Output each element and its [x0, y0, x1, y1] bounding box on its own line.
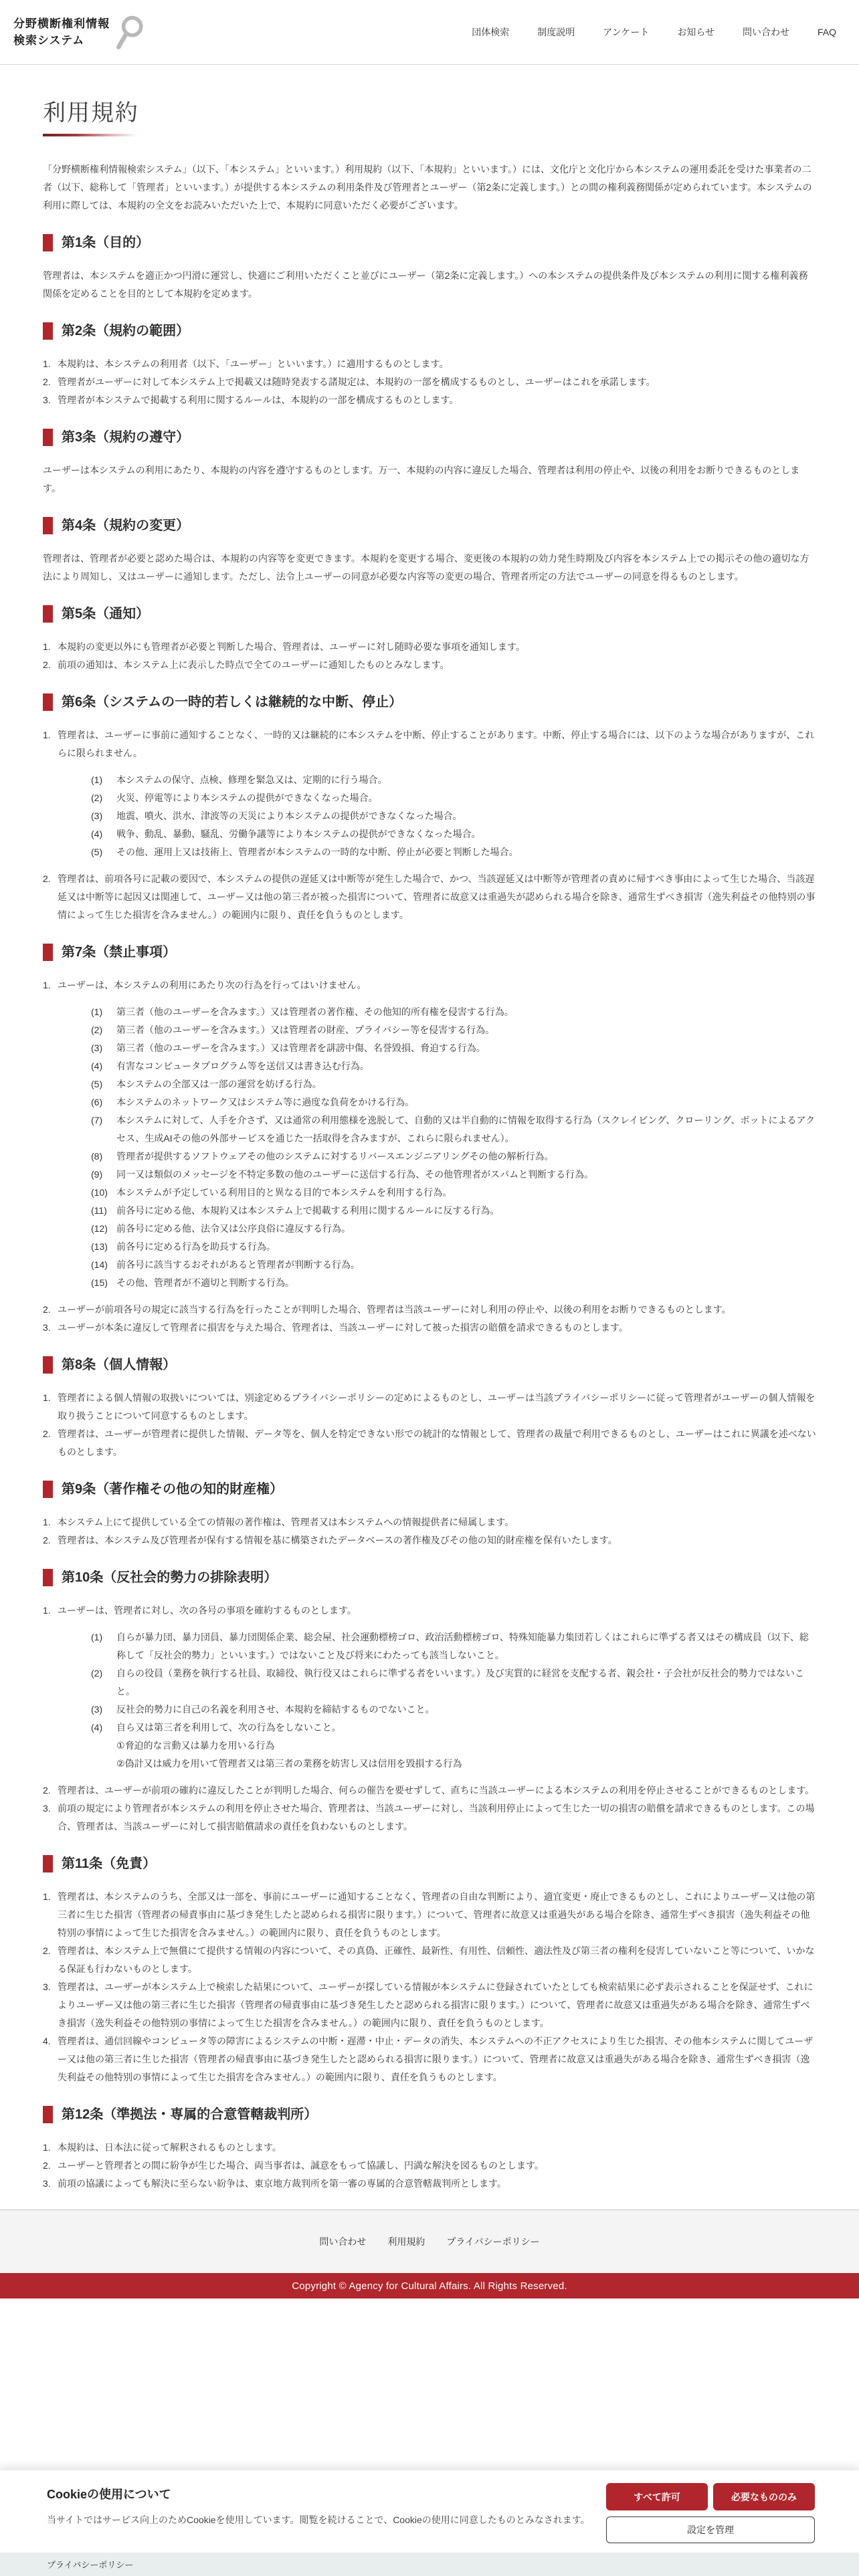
sub-item-text: 反社会的勢力に自己の名義を利用させ、本規約を締結するものでないこと。: [116, 1701, 816, 1719]
section-heading: 第1条（目的）: [43, 233, 816, 252]
list-item-number: 2.: [43, 656, 58, 674]
section-bullet-icon: [43, 234, 53, 251]
sub-list-item: (10)本システムが予定している利用目的と異なる目的で本システムを利用する行為。: [91, 1184, 816, 1202]
sub-list-item: (8)管理者が提供するソフトウェアその他のシステムに対するリバースエンジニアリン…: [91, 1148, 816, 1166]
list-item-number: 1.: [43, 355, 58, 373]
sub-item-text: 自らが暴力団、暴力団員、暴力団関係企業、総会屋、社会運動標榜ゴロ、政治活動標榜ゴ…: [116, 1628, 816, 1665]
site-logo[interactable]: 分野横断権利情報 検索システム: [13, 10, 149, 55]
list-item-text: 管理者は、本システム上で無償にて提供する情報の内容について、その真偽、正確性、最…: [58, 1942, 816, 1978]
terms-section: 第4条（規約の変更）管理者は、管理者が必要と認めた場合は、本規約の内容等を変更で…: [43, 516, 816, 586]
section-list: 1.ユーザーは、管理者に対し、次の各号の事項を確約するものとします。(1)自らが…: [43, 1602, 816, 1836]
list-item-number: 2.: [43, 1782, 58, 1800]
sub-list-item: (12)前各号に定める他、法令又は公序良俗に違反する行為。: [91, 1220, 816, 1238]
list-item: 2.ユーザーと管理者との間に紛争が生じた場合、両当事者は、誠意をもって協議し、円…: [43, 2157, 816, 2175]
site-logo-text: 分野横断権利情報 検索システム: [13, 15, 110, 49]
list-item-body: 管理者は、ユーザーが本システム上で検索した結果について、ユーザーが探している情報…: [58, 1978, 816, 2032]
footer: 問い合わせ利用規約プライバシーポリシー Copyright © Agency f…: [0, 2210, 859, 2298]
list-item: 2.ユーザーが前項各号の規定に該当する行為を行ったことが判明した場合、管理者は当…: [43, 1301, 816, 1319]
list-item-body: 本規約の変更以外にも管理者が必要と判断した場合、管理者は、ユーザーに対し随時必要…: [58, 638, 816, 656]
section-title: 第3条（規約の遵守）: [62, 428, 189, 447]
page: 分野横断権利情報 検索システム 団体検索制度説明アンケートお知らせ問い合わせFA…: [0, 0, 859, 2576]
list-item-text: 管理者は、ユーザーが本システム上で検索した結果について、ユーザーが探している情報…: [58, 1978, 816, 2032]
sub-list-item: (2)自らの役員（業務を執行する社員、取締役、執行役又はこれらに準ずる者をいいま…: [91, 1665, 816, 1701]
sub-item-body: 本システムのネットワーク又はシステム等に過度な負荷をかける行為。: [116, 1093, 816, 1111]
sub-item-text: 第三者（他のユーザーを含みます。）又は管理者の著作権、その他知的所有権を侵害する…: [116, 1003, 816, 1021]
list-item-text: ユーザーが前項各号の規定に該当する行為を行ったことが判明した場合、管理者は当該ユ…: [58, 1301, 816, 1319]
section-list: 1.本規約の変更以外にも管理者が必要と判断した場合、管理者は、ユーザーに対し随時…: [43, 638, 816, 674]
header-nav-item[interactable]: 団体検索: [472, 25, 509, 39]
list-item-text: ユーザーは、管理者に対し、次の各号の事項を確約するものとします。: [58, 1602, 816, 1620]
list-item-text: 管理者は、ユーザーに事前に通知することなく、一時的又は継続的に本システムを中断、…: [58, 726, 816, 762]
sub-item-marker: (14): [91, 1256, 116, 1274]
sub-sub-item-text: ①脅迫的な言動又は暴力を用いる行為: [116, 1737, 816, 1755]
sub-sub-item-text: ②偽計又は威力を用いて管理者又は第三者の業務を妨害し又は信用を毀損する行為: [116, 1755, 816, 1773]
list-item: 3.前項の協議によっても解決に至らない紛争は、東京地方裁判所を第一審の専属的合意…: [43, 2175, 816, 2193]
footer-links: 問い合わせ利用規約プライバシーポリシー: [0, 2210, 859, 2273]
list-item-text: 管理者は、ユーザーが前項の確約に違反したことが判明した場合、何らの催告を要せずし…: [58, 1782, 816, 1800]
sub-item-body: その他、管理者が不適切と判断する行為。: [116, 1274, 816, 1292]
sub-item-text: 前各号に定める他、法令又は公序良俗に違反する行為。: [116, 1220, 816, 1238]
sub-item-text: 前各号に定める行為を助長する行為。: [116, 1238, 816, 1256]
sub-item-text: 地震、噴火、洪水、津波等の天災により本システムの提供ができなくなった場合。: [116, 807, 816, 825]
list-item-number: 3.: [43, 2175, 58, 2193]
section-bullet-icon: [43, 517, 53, 534]
sub-item-marker: (11): [91, 1202, 116, 1220]
sub-list: (1)本システムの保守、点検、修理を緊急又は、定期的に行う場合。(2)火災、停電…: [91, 771, 816, 861]
header-nav-item[interactable]: 問い合わせ: [743, 25, 789, 39]
sub-item-marker: (10): [91, 1184, 116, 1202]
sub-item-text: 本システムの全部又は一部の運営を妨げる行為。: [116, 1075, 816, 1093]
sub-list-item: (13)前各号に定める行為を助長する行為。: [91, 1238, 816, 1256]
copyright-text: Copyright © Agency for Cultural Affairs.…: [292, 2280, 567, 2292]
main-content: 利用規約 「分野横断権利情報検索システム」（以下、「本システム」といいます。）利…: [0, 65, 859, 2291]
list-item-number: 1.: [43, 638, 58, 656]
sub-list-item: (4)戦争、動乱、暴動、騒乱、労働争議等により本システムの提供ができなくなった場…: [91, 825, 816, 843]
list-item-body: ユーザーと管理者との間に紛争が生じた場合、両当事者は、誠意をもって協議し、円満な…: [58, 2157, 816, 2175]
sub-item-marker: (1): [91, 1628, 116, 1665]
terms-sections: 第1条（目的）管理者は、本システムを適正かつ円滑に運営し、快適にご利用いただくこ…: [43, 233, 816, 2193]
section-list: 1.本システム上にて提供している全ての情報の著作権は、管理者又は本システムへの情…: [43, 1513, 816, 1549]
sub-item-marker: (1): [91, 1003, 116, 1021]
list-item: 1.本システム上にて提供している全ての情報の著作権は、管理者又は本システムへの情…: [43, 1513, 816, 1531]
sub-item-body: 第三者（他のユーザーを含みます。）又は管理者を誹謗中傷、名誉毀損、脅迫する行為。: [116, 1039, 816, 1057]
sub-list-item: (5)本システムの全部又は一部の運営を妨げる行為。: [91, 1075, 816, 1093]
list-item-number: 1.: [43, 1602, 58, 1782]
section-paragraph: ユーザーは本システムの利用にあたり、本規約の内容を遵守するものとします。万一、本…: [43, 461, 816, 498]
terms-section: 第7条（禁止事項）1.ユーザーは、本システムの利用にあたり次の行為を行ってはいけ…: [43, 943, 816, 1337]
section-bullet-icon: [43, 693, 53, 711]
list-item-text: ユーザーは、本システムの利用にあたり次の行為を行ってはいけません。: [58, 976, 816, 994]
terms-section: 第6条（システムの一時的若しくは継続的な中断、停止）1.管理者は、ユーザーに事前…: [43, 693, 816, 924]
sub-item-body: 第三者（他のユーザーを含みます。）又は管理者の財産、プライバシー等を侵害する行為…: [116, 1021, 816, 1039]
list-item: 2.管理者がユーザーに対して本システム上で掲載又は随時発表する諸規定は、本規約の…: [43, 373, 816, 391]
sub-list-item: (2)火災、停電等により本システムの提供ができなくなった場合。: [91, 789, 816, 807]
section-heading: 第4条（規約の変更）: [43, 516, 816, 535]
sub-list-item: (2)第三者（他のユーザーを含みます。）又は管理者の財産、プライバシー等を侵害す…: [91, 1021, 816, 1039]
list-item: 3.管理者は、ユーザーが本システム上で検索した結果について、ユーザーが探している…: [43, 1978, 816, 2032]
sub-item-text: 前各号に定める他、本規約又は本システム上で掲載する利用に関するルールに反する行為…: [116, 1202, 816, 1220]
list-item-body: ユーザーは、管理者に対し、次の各号の事項を確約するものとします。(1)自らが暴力…: [58, 1602, 816, 1782]
list-item-number: 3.: [43, 1978, 58, 2032]
section-bullet-icon: [43, 1855, 53, 1872]
list-item-body: ユーザーが前項各号の規定に該当する行為を行ったことが判明した場合、管理者は当該ユ…: [58, 1301, 816, 1319]
section-heading: 第2条（規約の範囲）: [43, 322, 816, 340]
sub-item-body: 管理者が提供するソフトウェアその他のシステムに対するリバースエンジニアリングその…: [116, 1148, 816, 1166]
list-item-body: 前項の協議によっても解決に至らない紛争は、東京地方裁判所を第一審の専属的合意管轄…: [58, 2175, 816, 2193]
terms-section: 第2条（規約の範囲）1.本規約は、本システムの利用者（以下、「ユーザー」といいま…: [43, 322, 816, 409]
section-bullet-icon: [43, 1569, 53, 1586]
sub-list-item: (9)同一又は類似のメッセージを不特定多数の他のユーザーに送信する行為、その他管…: [91, 1166, 816, 1184]
list-item-text: 前項の協議によっても解決に至らない紛争は、東京地方裁判所を第一審の専属的合意管轄…: [58, 2175, 816, 2193]
sub-list-item: (4)有害なコンピュータプログラム等を送信又は書き込む行為。: [91, 1057, 816, 1075]
section-bullet-icon: [43, 429, 53, 446]
terms-section: 第1条（目的）管理者は、本システムを適正かつ円滑に運営し、快適にご利用いただくこ…: [43, 233, 816, 303]
section-title: 第6条（システムの一時的若しくは継続的な中断、停止）: [62, 693, 402, 712]
list-item: 1.管理者による個人情報の取扱いについては、別途定めるプライバシーポリシーの定め…: [43, 1389, 816, 1425]
copyright-bar: Copyright © Agency for Cultural Affairs.…: [0, 2273, 859, 2298]
list-item-text: ユーザーが本条に違反して管理者に損害を与えた場合、管理者は、当該ユーザーに対して…: [58, 1319, 816, 1337]
sub-item-body: 本システムに対して、人手を介さず、又は通常の利用態様を逸脱して、自動的又は半自動…: [116, 1111, 816, 1148]
sub-item-body: 同一又は類似のメッセージを不特定多数の他のユーザーに送信する行為、その他管理者が…: [116, 1166, 816, 1184]
section-bullet-icon: [43, 944, 53, 961]
sub-item-text: その他、管理者が不適切と判断する行為。: [116, 1274, 816, 1292]
sub-item-text: 本システムのネットワーク又はシステム等に過度な負荷をかける行為。: [116, 1093, 816, 1111]
magnifier-icon: [111, 14, 149, 55]
sub-item-marker: (1): [91, 771, 116, 789]
list-item-number: 2.: [43, 2157, 58, 2175]
section-title: 第1条（目的）: [62, 233, 149, 252]
list-item-body: 管理者は、ユーザーが前項の確約に違反したことが判明した場合、何らの催告を要せずし…: [58, 1782, 816, 1800]
section-title: 第7条（禁止事項）: [62, 943, 176, 962]
sub-item-marker: (4): [91, 1057, 116, 1075]
sub-item-marker: (5): [91, 843, 116, 861]
section-paragraph: 管理者は、本システムを適正かつ円滑に運営し、快適にご利用いただくこと並びにユーザ…: [43, 267, 816, 303]
sub-item-body: 本システムの保守、点検、修理を緊急又は、定期的に行う場合。: [116, 771, 816, 789]
list-item-body: 管理者は、本システム及び管理者が保有する情報を基に構築されたデータベースの著作権…: [58, 1531, 816, 1549]
sub-item-marker: (5): [91, 1075, 116, 1093]
section-title: 第9条（著作権その他の知的財産権）: [62, 1480, 283, 1499]
list-item: 3.前項の規定により管理者が本システムの利用を停止させた場合、管理者は、当該ユー…: [43, 1800, 816, 1836]
header-nav-item[interactable]: FAQ: [818, 27, 836, 37]
sub-list-item: (5)その他、運用上又は技術上、管理者が本システムの一時的な中断、停止が必要と判…: [91, 843, 816, 861]
sub-list-item: (15)その他、管理者が不適切と判断する行為。: [91, 1274, 816, 1292]
section-title: 第10条（反社会的勢力の排除表明）: [62, 1568, 277, 1587]
list-item-body: 前項の通知は、本システム上に表示した時点で全てのユーザーに通知したものとみなしま…: [58, 656, 816, 674]
page-title: 利用規約: [43, 94, 816, 127]
sub-item-marker: (4): [91, 825, 116, 843]
sub-item-body: 本システムの全部又は一部の運営を妨げる行為。: [116, 1075, 816, 1093]
section-heading: 第6条（システムの一時的若しくは継続的な中断、停止）: [43, 693, 816, 712]
sub-item-body: 有害なコンピュータプログラム等を送信又は書き込む行為。: [116, 1057, 816, 1075]
list-item-body: 管理者は、ユーザーが管理者に提供した情報、データ等を、個人を特定できない形での統…: [58, 1425, 816, 1461]
sub-item-marker: (4): [91, 1719, 116, 1773]
list-item-number: 2.: [43, 1942, 58, 1978]
header-nav: 団体検索制度説明アンケートお知らせ問い合わせFAQ: [472, 25, 836, 39]
section-heading: 第11条（免責）: [43, 1854, 816, 1873]
list-item-number: 3.: [43, 391, 58, 409]
sub-list-item: (11)前各号に定める他、本規約又は本システム上で掲載する利用に関するルールに反…: [91, 1202, 816, 1220]
list-item-body: 管理者は、本システム上で無償にて提供する情報の内容について、その真偽、正確性、最…: [58, 1942, 816, 1978]
section-bullet-icon: [43, 1356, 53, 1374]
list-item-text: ユーザーと管理者との間に紛争が生じた場合、両当事者は、誠意をもって協議し、円満な…: [58, 2157, 816, 2175]
sub-item-body: 地震、噴火、洪水、津波等の天災により本システムの提供ができなくなった場合。: [116, 807, 816, 825]
section-bullet-icon: [43, 2106, 53, 2123]
section-list: 1.管理者は、ユーザーに事前に通知することなく、一時的又は継続的に本システムを中…: [43, 726, 816, 924]
sub-item-text: 火災、停電等により本システムの提供ができなくなった場合。: [116, 789, 816, 807]
list-item-body: ユーザーは、本システムの利用にあたり次の行為を行ってはいけません。(1)第三者（…: [58, 976, 816, 1301]
list-item-text: 管理者は、ユーザーが管理者に提供した情報、データ等を、個人を特定できない形での統…: [58, 1425, 816, 1461]
sub-item-text: 第三者（他のユーザーを含みます。）又は管理者を誹謗中傷、名誉毀損、脅迫する行為。: [116, 1039, 816, 1057]
list-item: 3.管理者が本システムで掲載する利用に関するルールは、本規約の一部を構成するもの…: [43, 391, 816, 409]
list-item-body: 管理者は、ユーザーに事前に通知することなく、一時的又は継続的に本システムを中断、…: [58, 726, 816, 870]
sub-item-marker: (3): [91, 1701, 116, 1719]
cookie-banner-title: Cookieの使用について: [47, 2485, 590, 2502]
list-item-text: 本規約の変更以外にも管理者が必要と判断した場合、管理者は、ユーザーに対し随時必要…: [58, 638, 816, 656]
section-title: 第4条（規約の変更）: [62, 516, 189, 535]
section-heading: 第8条（個人情報）: [43, 1356, 816, 1374]
list-item-text: 管理者がユーザーに対して本システム上で掲載又は随時発表する諸規定は、本規約の一部…: [58, 373, 816, 391]
list-item-text: 前項の規定により管理者が本システムの利用を停止させた場合、管理者は、当該ユーザー…: [58, 1800, 816, 1836]
list-item: 2.管理者は、本システム上で無償にて提供する情報の内容について、その真偽、正確性…: [43, 1942, 816, 1978]
sub-item-marker: (2): [91, 1021, 116, 1039]
list-item-number: 2.: [43, 1531, 58, 1549]
sub-list-item: (7)本システムに対して、人手を介さず、又は通常の利用態様を逸脱して、自動的又は…: [91, 1111, 816, 1148]
terms-section: 第5条（通知）1.本規約の変更以外にも管理者が必要と判断した場合、管理者は、ユー…: [43, 605, 816, 674]
terms-section: 第8条（個人情報）1.管理者による個人情報の取扱いについては、別途定めるプライバ…: [43, 1356, 816, 1461]
list-item-number: 2.: [43, 870, 58, 924]
section-heading: 第5条（通知）: [43, 605, 816, 623]
header-nav-item[interactable]: 制度説明: [537, 25, 575, 39]
list-item-text: 本規約は、日本法に従って解釈されるものとします。: [58, 2139, 816, 2157]
list-item-number: 1.: [43, 1389, 58, 1425]
list-item: 2.管理者は、前項各号に記載の要因で、本システムの提供の遅延又は中断等が発生した…: [43, 870, 816, 924]
cookie-banner-buttons: すべて許可 必要なもののみ 設定を管理: [606, 2470, 815, 2553]
section-heading: 第10条（反社会的勢力の排除表明）: [43, 1568, 816, 1587]
sub-item-text: 本システムの保守、点検、修理を緊急又は、定期的に行う場合。: [116, 771, 816, 789]
list-item-body: 本システム上にて提供している全ての情報の著作権は、管理者又は本システムへの情報提…: [58, 1513, 816, 1531]
sub-item-text: 管理者が提供するソフトウェアその他のシステムに対するリバースエンジニアリングその…: [116, 1148, 816, 1166]
list-item-body: 管理者がユーザーに対して本システム上で掲載又は随時発表する諸規定は、本規約の一部…: [58, 373, 816, 391]
sub-list-item: (3)反社会的勢力に自己の名義を利用させ、本規約を締結するものでないこと。: [91, 1701, 816, 1719]
sub-item-body: 戦争、動乱、暴動、騒乱、労働争議等により本システムの提供ができなくなった場合。: [116, 825, 816, 843]
sub-item-body: 前各号に該当するおそれがあると管理者が判断する行為。: [116, 1256, 816, 1274]
list-item-number: 2.: [43, 1301, 58, 1319]
section-list: 1.ユーザーは、本システムの利用にあたり次の行為を行ってはいけません。(1)第三…: [43, 976, 816, 1337]
sub-list-item: (3)地震、噴火、洪水、津波等の天災により本システムの提供ができなくなった場合。: [91, 807, 816, 825]
header-nav-item[interactable]: アンケート: [603, 25, 649, 39]
sub-item-text: 本システムが予定している利用目的と異なる目的で本システムを利用する行為。: [116, 1184, 816, 1202]
list-item-number: 1.: [43, 1513, 58, 1531]
sub-item-marker: (3): [91, 807, 116, 825]
sub-item-body: その他、運用上又は技術上、管理者が本システムの一時的な中断、停止が必要と判断した…: [116, 843, 816, 861]
list-item-body: 本規約は、本システムの利用者（以下、「ユーザー」といいます。）に適用するものとし…: [58, 355, 816, 373]
list-item: 1.本規約の変更以外にも管理者が必要と判断した場合、管理者は、ユーザーに対し随時…: [43, 638, 816, 656]
allow-all-cookies-button[interactable]: すべて許可: [606, 2483, 708, 2510]
cookie-banner: Cookieの使用について 当サイトではサービス向上のためCookieを使用して…: [0, 2470, 859, 2553]
list-item: 1.管理者は、ユーザーに事前に通知することなく、一時的又は継続的に本システムを中…: [43, 726, 816, 870]
list-item-number: 2.: [43, 373, 58, 391]
list-item: 1.ユーザーは、管理者に対し、次の各号の事項を確約するものとします。(1)自らが…: [43, 1602, 816, 1782]
sub-item-body: 第三者（他のユーザーを含みます。）又は管理者の著作権、その他知的所有権を侵害する…: [116, 1003, 816, 1021]
list-item-text: 管理者は、通信回線やコンピュータ等の障害によるシステムの中断・遅滞・中止・データ…: [58, 2032, 816, 2086]
sub-item-text: 第三者（他のユーザーを含みます。）又は管理者の財産、プライバシー等を侵害する行為…: [116, 1021, 816, 1039]
sub-item-text: 本システムに対して、人手を介さず、又は通常の利用態様を逸脱して、自動的又は半自動…: [116, 1111, 816, 1148]
sub-item-text: 前各号に該当するおそれがあると管理者が判断する行為。: [116, 1256, 816, 1274]
terms-section: 第3条（規約の遵守）ユーザーは本システムの利用にあたり、本規約の内容を遵守するも…: [43, 428, 816, 498]
list-item: 4.管理者は、通信回線やコンピュータ等の障害によるシステムの中断・遅滞・中止・デ…: [43, 2032, 816, 2086]
footer-link[interactable]: 問い合わせ: [319, 2235, 366, 2248]
sub-list: (1)第三者（他のユーザーを含みます。）又は管理者の著作権、その他知的所有権を侵…: [91, 1003, 816, 1292]
list-item: 1.本規約は、日本法に従って解釈されるものとします。: [43, 2139, 816, 2157]
section-bullet-icon: [43, 1481, 53, 1498]
sub-item-marker: (6): [91, 1093, 116, 1111]
list-item-body: 管理者は、通信回線やコンピュータ等の障害によるシステムの中断・遅滞・中止・データ…: [58, 2032, 816, 2086]
sub-item-body: 前各号に定める他、法令又は公序良俗に違反する行為。: [116, 1220, 816, 1238]
list-item-number: 2.: [43, 1425, 58, 1461]
footer-link[interactable]: 利用規約: [387, 2235, 425, 2248]
section-list: 1.本規約は、本システムの利用者（以下、「ユーザー」といいます。）に適用するもの…: [43, 355, 816, 409]
list-item-body: 管理者による個人情報の取扱いについては、別途定めるプライバシーポリシーの定めによ…: [58, 1389, 816, 1425]
site-logo-line2: 検索システム: [13, 34, 84, 47]
list-item-text: 管理者は、本システム及び管理者が保有する情報を基に構築されたデータベースの著作権…: [58, 1531, 816, 1549]
sub-item-body: 本システムが予定している利用目的と異なる目的で本システムを利用する行為。: [116, 1184, 816, 1202]
sub-item-text: 自らの役員（業務を執行する社員、取締役、執行役又はこれらに準ずる者をいいます。）…: [116, 1665, 816, 1701]
terms-section: 第11条（免責）1.管理者は、本システムのうち、全部又は一部を、事前にユーザーに…: [43, 1854, 816, 2086]
section-title: 第2条（規約の範囲）: [62, 322, 189, 340]
sub-item-marker: (7): [91, 1111, 116, 1148]
section-heading: 第3条（規約の遵守）: [43, 428, 816, 447]
sub-list-item: (3)第三者（他のユーザーを含みます。）又は管理者を誹謗中傷、名誉毀損、脅迫する…: [91, 1039, 816, 1057]
sub-list-item: (6)本システムのネットワーク又はシステム等に過度な負荷をかける行為。: [91, 1093, 816, 1111]
list-item-text: 管理者による個人情報の取扱いについては、別途定めるプライバシーポリシーの定めによ…: [58, 1389, 816, 1425]
section-bullet-icon: [43, 605, 53, 623]
list-item-body: ユーザーが本条に違反して管理者に損害を与えた場合、管理者は、当該ユーザーに対して…: [58, 1319, 816, 1337]
privacy-policy-strip: プライバシーポリシー: [0, 2553, 859, 2576]
list-item-body: 本規約は、日本法に従って解釈されるものとします。: [58, 2139, 816, 2157]
list-item-number: 4.: [43, 2032, 58, 2086]
terms-section: 第10条（反社会的勢力の排除表明）1.ユーザーは、管理者に対し、次の各号の事項を…: [43, 1568, 816, 1836]
sub-item-body: 反社会的勢力に自己の名義を利用させ、本規約を締結するものでないこと。: [116, 1701, 816, 1719]
section-title: 第11条（免責）: [62, 1854, 156, 1873]
sub-item-marker: (12): [91, 1220, 116, 1238]
section-heading: 第7条（禁止事項）: [43, 943, 816, 962]
list-item-number: 1.: [43, 2139, 58, 2157]
section-paragraph: 管理者は、管理者が必要と認めた場合は、本規約の内容等を変更できます。本規約を変更…: [43, 550, 816, 586]
sub-item-marker: (15): [91, 1274, 116, 1292]
section-title: 第8条（個人情報）: [62, 1356, 176, 1374]
list-item-body: 前項の規定により管理者が本システムの利用を停止させた場合、管理者は、当該ユーザー…: [58, 1800, 816, 1836]
list-item-number: 1.: [43, 976, 58, 1301]
sub-item-marker: (2): [91, 789, 116, 807]
list-item-number: 3.: [43, 1319, 58, 1337]
sub-item-marker: (13): [91, 1238, 116, 1256]
list-item-text: 前項の通知は、本システム上に表示した時点で全てのユーザーに通知したものとみなしま…: [58, 656, 816, 674]
footer-link[interactable]: プライバシーポリシー: [446, 2235, 539, 2248]
list-item: 3.ユーザーが本条に違反して管理者に損害を与えた場合、管理者は、当該ユーザーに対…: [43, 1319, 816, 1337]
list-item: 1.管理者は、本システムのうち、全部又は一部を、事前にユーザーに通知することなく…: [43, 1888, 816, 1942]
privacy-policy-link[interactable]: プライバシーポリシー: [47, 2558, 133, 2571]
list-item-body: 管理者が本システムで掲載する利用に関するルールは、本規約の一部を構成するものとし…: [58, 391, 816, 409]
sub-item-marker: (9): [91, 1166, 116, 1184]
sub-list-item: (1)本システムの保守、点検、修理を緊急又は、定期的に行う場合。: [91, 771, 816, 789]
section-heading: 第12条（準拠法・専属的合意管轄裁判所）: [43, 2105, 816, 2124]
cookie-banner-text: Cookieの使用について 当サイトではサービス向上のためCookieを使用して…: [47, 2470, 590, 2553]
section-bullet-icon: [43, 322, 53, 340]
list-item-text: 本規約は、本システムの利用者（以下、「ユーザー」といいます。）に適用するものとし…: [58, 355, 816, 373]
list-item: 2.管理者は、本システム及び管理者が保有する情報を基に構築されたデータベースの著…: [43, 1531, 816, 1549]
sub-item-body: 前各号に定める行為を助長する行為。: [116, 1238, 816, 1256]
header: 分野横断権利情報 検索システム 団体検索制度説明アンケートお知らせ問い合わせFA…: [0, 0, 859, 65]
list-item-number: 3.: [43, 1800, 58, 1836]
sub-list-item: (1)自らが暴力団、暴力団員、暴力団関係企業、総会屋、社会運動標榜ゴロ、政治活動…: [91, 1628, 816, 1665]
sub-item-text: 同一又は類似のメッセージを不特定多数の他のユーザーに送信する行為、その他管理者が…: [116, 1166, 816, 1184]
list-item-number: 1.: [43, 1888, 58, 1942]
section-list: 1.本規約は、日本法に従って解釈されるものとします。2.ユーザーと管理者との間に…: [43, 2139, 816, 2193]
sub-item-marker: (2): [91, 1665, 116, 1701]
list-item: 2.前項の通知は、本システム上に表示した時点で全てのユーザーに通知したものとみな…: [43, 656, 816, 674]
sub-item-marker: (3): [91, 1039, 116, 1057]
list-item-body: 管理者は、前項各号に記載の要因で、本システムの提供の遅延又は中断等が発生した場合…: [58, 870, 816, 924]
list-item-text: 管理者が本システムで掲載する利用に関するルールは、本規約の一部を構成するものとし…: [58, 391, 816, 409]
section-heading: 第9条（著作権その他の知的財産権）: [43, 1480, 816, 1499]
list-item-body: 管理者は、本システムのうち、全部又は一部を、事前にユーザーに通知することなく、管…: [58, 1888, 816, 1942]
list-item-text: 管理者は、本システムのうち、全部又は一部を、事前にユーザーに通知することなく、管…: [58, 1888, 816, 1942]
sub-list: (1)自らが暴力団、暴力団員、暴力団関係企業、総会屋、社会運動標榜ゴロ、政治活動…: [91, 1628, 816, 1773]
necessary-only-cookies-button[interactable]: 必要なもののみ: [713, 2483, 815, 2510]
list-item: 1.本規約は、本システムの利用者（以下、「ユーザー」といいます。）に適用するもの…: [43, 355, 816, 373]
sub-list-item: (4)自ら又は第三者を利用して、次の行為をしないこと。①脅迫的な言動又は暴力を用…: [91, 1719, 816, 1773]
section-list: 1.管理者は、本システムのうち、全部又は一部を、事前にユーザーに通知することなく…: [43, 1888, 816, 2086]
sub-item-text: その他、運用上又は技術上、管理者が本システムの一時的な中断、停止が必要と判断した…: [116, 843, 816, 861]
sub-item-marker: (8): [91, 1148, 116, 1166]
cookie-banner-description: 当サイトではサービス向上のためCookieを使用しています。閲覧を続けることで、…: [47, 2512, 590, 2528]
sub-item-body: 自ら又は第三者を利用して、次の行為をしないこと。①脅迫的な言動又は暴力を用いる行…: [116, 1719, 816, 1773]
site-logo-line1: 分野横断権利情報: [13, 17, 110, 30]
terms-section: 第9条（著作権その他の知的財産権）1.本システム上にて提供している全ての情報の著…: [43, 1480, 816, 1549]
sub-item-body: 自らの役員（業務を執行する社員、取締役、執行役又はこれらに準ずる者をいいます。）…: [116, 1665, 816, 1701]
title-underline-divider: [43, 134, 136, 136]
section-title: 第5条（通知）: [62, 605, 149, 623]
sub-item-text: 有害なコンピュータプログラム等を送信又は書き込む行為。: [116, 1057, 816, 1075]
list-item-number: 1.: [43, 726, 58, 870]
sub-item-text: 自ら又は第三者を利用して、次の行為をしないこと。: [116, 1719, 816, 1737]
list-item-text: 管理者は、前項各号に記載の要因で、本システムの提供の遅延又は中断等が発生した場合…: [58, 870, 816, 924]
intro-paragraph: 「分野横断権利情報検索システム」（以下、「本システム」といいます。）利用規約（以…: [43, 160, 816, 215]
sub-list-item: (14)前各号に該当するおそれがあると管理者が判断する行為。: [91, 1256, 816, 1274]
section-list: 1.管理者による個人情報の取扱いについては、別途定めるプライバシーポリシーの定め…: [43, 1389, 816, 1461]
cookie-button-row: すべて許可 必要なもののみ: [606, 2483, 815, 2510]
sub-list-item: (1)第三者（他のユーザーを含みます。）又は管理者の著作権、その他知的所有権を侵…: [91, 1003, 816, 1021]
sub-item-body: 前各号に定める他、本規約又は本システム上で掲載する利用に関するルールに反する行為…: [116, 1202, 816, 1220]
terms-section: 第12条（準拠法・専属的合意管轄裁判所）1.本規約は、日本法に従って解釈されるも…: [43, 2105, 816, 2193]
sub-item-body: 自らが暴力団、暴力団員、暴力団関係企業、総会屋、社会運動標榜ゴロ、政治活動標榜ゴ…: [116, 1628, 816, 1665]
manage-cookie-settings-button[interactable]: 設定を管理: [606, 2516, 815, 2543]
sub-item-text: 戦争、動乱、暴動、騒乱、労働争議等により本システムの提供ができなくなった場合。: [116, 825, 816, 843]
sub-item-body: 火災、停電等により本システムの提供ができなくなった場合。: [116, 789, 816, 807]
section-title: 第12条（準拠法・専属的合意管轄裁判所）: [62, 2105, 317, 2124]
list-item: 2.管理者は、ユーザーが前項の確約に違反したことが判明した場合、何らの催告を要せ…: [43, 1782, 816, 1800]
list-item: 1.ユーザーは、本システムの利用にあたり次の行為を行ってはいけません。(1)第三…: [43, 976, 816, 1301]
list-item-text: 本システム上にて提供している全ての情報の著作権は、管理者又は本システムへの情報提…: [58, 1513, 816, 1531]
header-nav-item[interactable]: お知らせ: [677, 25, 714, 39]
list-item: 2.管理者は、ユーザーが管理者に提供した情報、データ等を、個人を特定できない形で…: [43, 1425, 816, 1461]
